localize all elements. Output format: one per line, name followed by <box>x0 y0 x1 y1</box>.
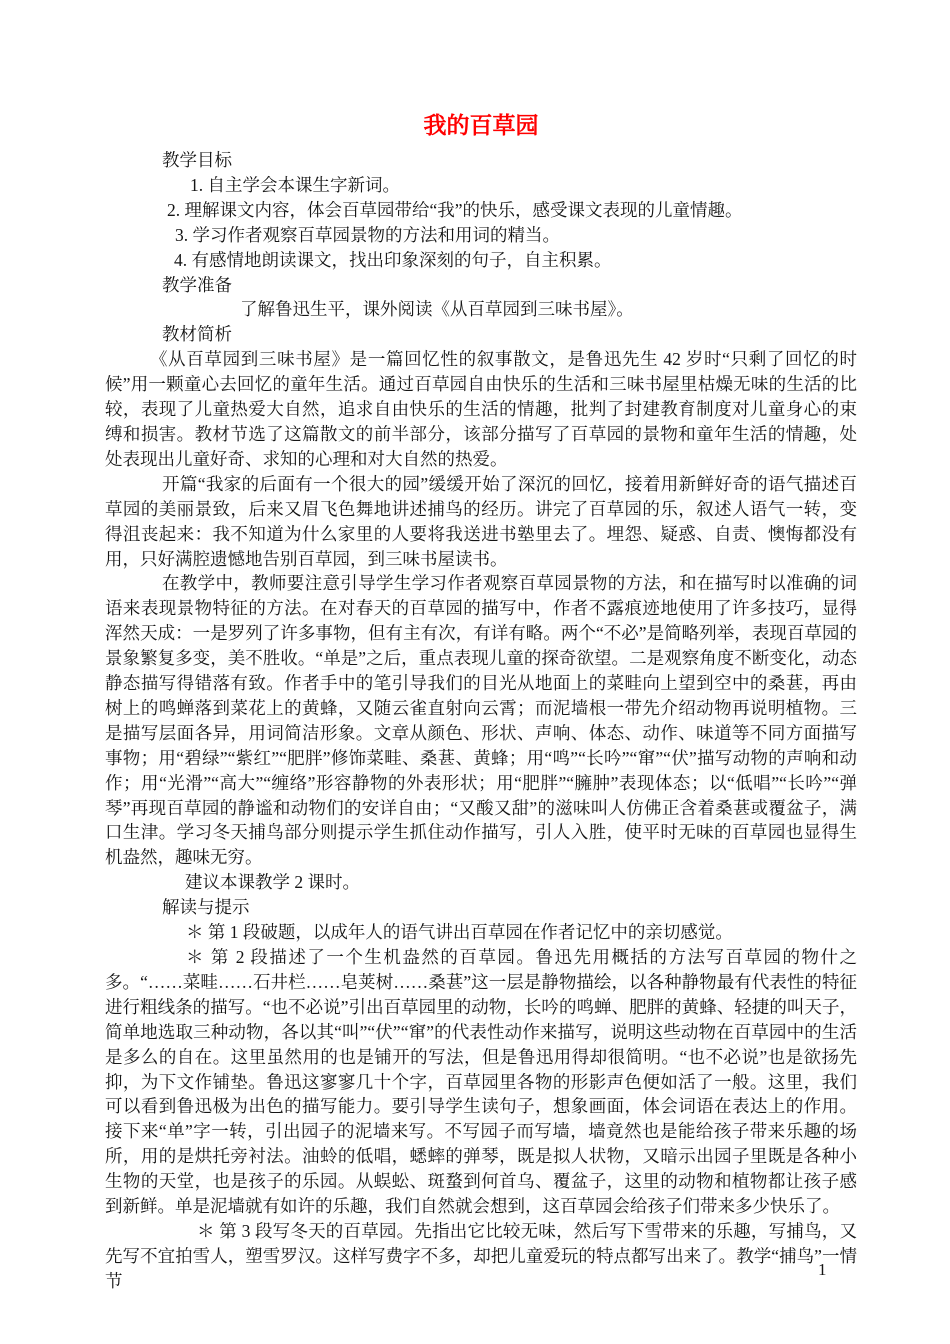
page-number: 1 <box>818 1258 827 1282</box>
heading-teaching-objectives: 教学目标 <box>105 148 857 173</box>
tip-paragraph-3: ＊ 第 3 段写冬天的百草园。先指出它比较无味，然后写下雪带来的乐趣，写捕鸟，又… <box>105 1219 857 1294</box>
document-page: 我的百草园 教学目标 1. 自主学会本课生字新词。 2. 理解课文内容，体会百草… <box>0 0 950 1344</box>
heading-textbook-analysis: 教材简析 <box>105 322 857 347</box>
preparation-note: 了解鲁迅生平，课外阅读《从百草园到三味书屋》。 <box>105 297 857 322</box>
analysis-paragraph-1: 《从百草园到三味书屋》是一篇回忆性的叙事散文，是鲁迅先生 42 岁时“只剩了回忆… <box>105 347 857 472</box>
heading-teaching-preparation: 教学准备 <box>105 273 857 298</box>
suggested-class-hours: 建议本课教学 2 课时。 <box>105 870 857 895</box>
tip-paragraph-2: ＊ 第 2 段描述了一个生机盎然的百草园。鲁迅先用概括的方法写百草园的物什之多。… <box>105 945 857 1219</box>
tip-paragraph-1: ＊ 第 1 段破题，以成年人的语气讲出百草园在作者记忆中的亲切感觉。 <box>105 920 857 945</box>
document-title: 我的百草园 <box>105 110 857 140</box>
objective-item-4: 4. 有感情地朗读课文，找出印象深刻的句子，自主积累。 <box>105 248 857 273</box>
objective-item-3: 3. 学习作者观察百草园景物的方法和用词的精当。 <box>105 223 857 248</box>
analysis-paragraph-3: 在教学中，教师要注意引导学生学习作者观察百草园景物的方法，和在描写时以准确的词语… <box>105 571 857 870</box>
objective-item-2: 2. 理解课文内容，体会百草园带给“我”的快乐，感受课文表现的儿童情趣。 <box>105 198 857 223</box>
analysis-paragraph-2: 开篇“我家的后面有一个很大的园”缓缓开始了深沉的回忆，接着用新鲜好奇的语气描述百… <box>105 472 857 572</box>
objective-item-1: 1. 自主学会本课生字新词。 <box>105 173 857 198</box>
document-body: 教学目标 1. 自主学会本课生字新词。 2. 理解课文内容，体会百草园带给“我”… <box>105 148 857 1294</box>
heading-interpretation-tips: 解读与提示 <box>105 895 857 920</box>
